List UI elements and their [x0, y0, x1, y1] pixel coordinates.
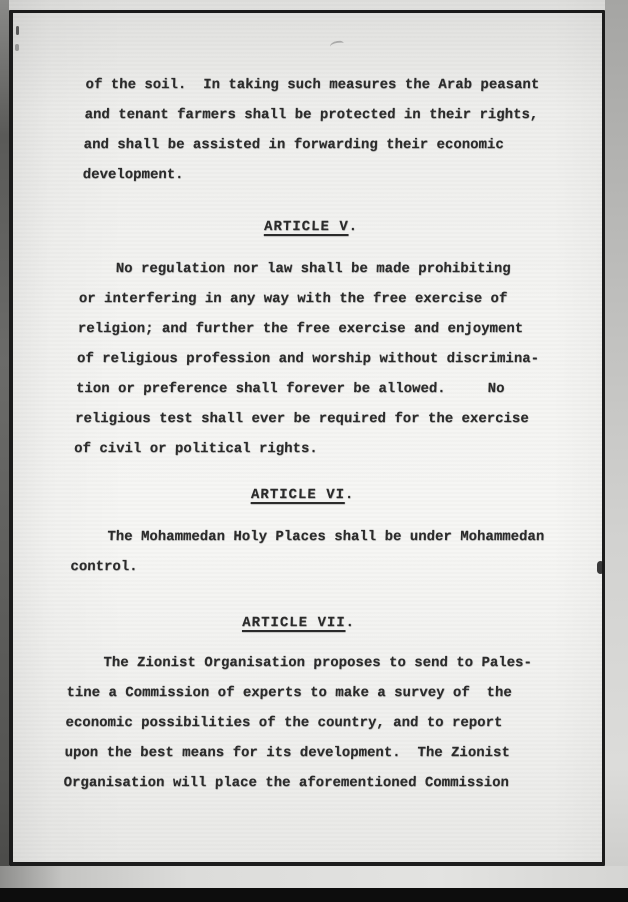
paragraph-soil-continuation: of the soil. In taking such measures the… [82, 70, 546, 190]
text-line: religion; and further the free exercise … [77, 314, 538, 344]
ink-speck [597, 561, 604, 574]
article-vii-heading: ARTICLE VII. [68, 608, 529, 638]
heading-underlined-text: ARTICLE VII [242, 615, 346, 631]
paragraph-article-v: No regulation nor law shall be made proh… [74, 254, 541, 464]
text-line: of the soil. In taking such measures the… [85, 70, 546, 100]
article-v-heading: ARTICLE V. [81, 212, 542, 242]
heading-underlined-text: ARTICLE V [264, 219, 349, 235]
ink-speck [15, 44, 19, 51]
paragraph-article-vi: The Mohammedan Holy Places shall be unde… [70, 522, 532, 582]
text-line: development. [82, 160, 543, 190]
text-line: The Zionist Organisation proposes to sen… [67, 648, 528, 678]
paragraph-article-vii: The Zionist Organisation proposes to sen… [63, 648, 528, 798]
text-line: control. [70, 552, 531, 582]
text-line: and shall be assisted in forwarding thei… [83, 130, 544, 160]
scan-edge-bottom [0, 866, 628, 888]
text-line: of civil or political rights. [74, 434, 535, 464]
text-line: upon the best means for its development.… [64, 738, 525, 768]
heading-period: . [345, 487, 355, 503]
text-line: economic possibilities of the country, a… [65, 708, 526, 738]
text-line: tion or preference shall forever be allo… [76, 374, 537, 404]
text-line: No regulation nor law shall be made proh… [79, 254, 540, 284]
text-line: and tenant farmers shall be protected in… [84, 100, 545, 130]
text-line: tine a Commission of experts to make a s… [66, 678, 527, 708]
ink-speck [16, 26, 19, 35]
text-line: The Mohammedan Holy Places shall be unde… [71, 522, 532, 552]
text-line: religious test shall ever be required fo… [75, 404, 536, 434]
document-text-block: of the soil. In taking such measures the… [63, 70, 546, 798]
article-vi-heading: ARTICLE VI. [72, 480, 533, 510]
scan-edge-left [0, 0, 9, 902]
heading-period: . [348, 219, 358, 235]
heading-underlined-text: ARTICLE VI [251, 487, 346, 503]
text-line: Organisation will place the aforemention… [63, 768, 524, 798]
scan-black-strip [0, 888, 628, 902]
scan-edge-right [605, 0, 628, 902]
scanned-document-page: of the soil. In taking such measures the… [0, 0, 628, 902]
text-line: or interfering in any way with the free … [78, 284, 539, 314]
text-line: of religious profession and worship with… [76, 344, 537, 374]
heading-period: . [345, 615, 355, 631]
